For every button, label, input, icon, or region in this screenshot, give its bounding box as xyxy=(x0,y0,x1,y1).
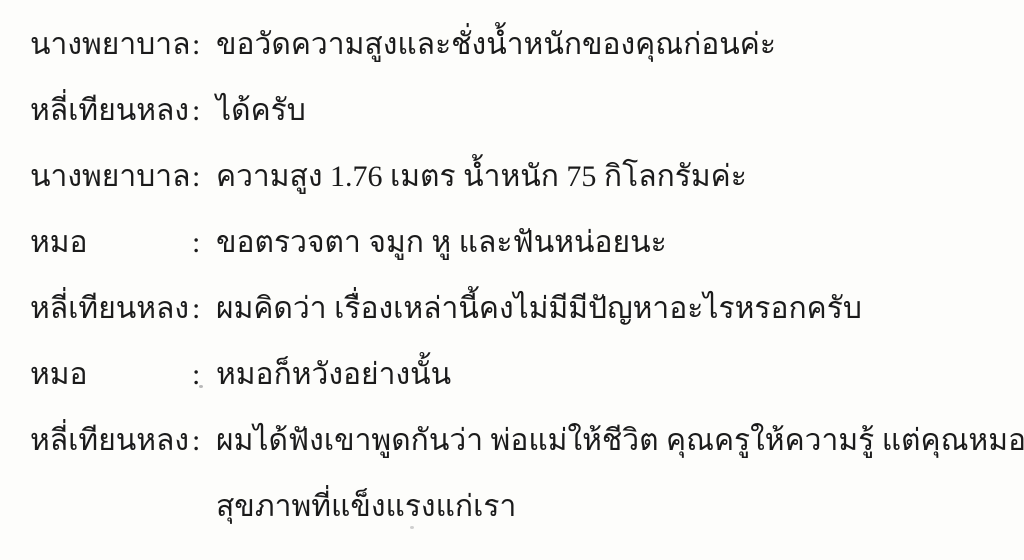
dialogue-text-continuation: สุขภาพที่แข็งแรงแก่เรา xyxy=(216,474,1014,540)
speaker-name: นางพยาบาล xyxy=(30,144,192,210)
dialogue-text-block: ความสูง 1.76 เมตร น้ำหนัก 75 กิโลกรัมค่ะ xyxy=(216,144,1014,210)
colon-separator: : xyxy=(192,408,216,474)
colon-separator: : xyxy=(192,12,216,78)
dialogue-row: หมอ : ขอตรวจตา จมูก หู และฟันหน่อยนะ xyxy=(30,210,1014,276)
speaker-name: นางพยาบาล xyxy=(30,12,192,78)
dialogue-text-block: ผมได้ฟังเขาพูดกันว่า พ่อแม่ให้ชีวิต คุณค… xyxy=(216,408,1014,540)
colon-separator: : xyxy=(192,78,216,144)
speaker-name: หมอ xyxy=(30,210,192,276)
dialogue-row: นางพยาบาล : ความสูง 1.76 เมตร น้ำหนัก 75… xyxy=(30,144,1014,210)
document-page: นางพยาบาล : ขอวัดความสูงและชั่งน้ำหนักขอ… xyxy=(0,0,1024,560)
colon-separator: : xyxy=(192,276,216,342)
colon-separator: : xyxy=(192,342,216,408)
dialogue-text: ผมได้ฟังเขาพูดกันว่า พ่อแม่ให้ชีวิต คุณค… xyxy=(216,408,1014,474)
dialogue-text: ขอตรวจตา จมูก หู และฟันหน่อยนะ xyxy=(216,210,1014,276)
dialogue-text: ได้ครับ xyxy=(216,78,1014,144)
dialogue-row: นางพยาบาล : ขอวัดความสูงและชั่งน้ำหนักขอ… xyxy=(30,12,1014,78)
colon-separator: : xyxy=(192,210,216,276)
dialogue-text: ความสูง 1.76 เมตร น้ำหนัก 75 กิโลกรัมค่ะ xyxy=(216,144,1014,210)
dialogue-text-block: ผมคิดว่า เรื่องเหล่านี้คงไม่มีมีปัญหาอะไ… xyxy=(216,276,1014,342)
speaker-name: หลี่เทียนหลง xyxy=(30,408,192,474)
dialogue-row: หลี่เทียนหลง : ผมได้ฟังเขาพูดกันว่า พ่อแ… xyxy=(30,408,1014,540)
dialogue-text: ขอวัดความสูงและชั่งน้ำหนักของคุณก่อนค่ะ xyxy=(216,12,1014,78)
speaker-name: หลี่เทียนหลง xyxy=(30,276,192,342)
speaker-name: หลี่เทียนหลง xyxy=(30,78,192,144)
dialogue-text-block: ได้ครับ xyxy=(216,78,1014,144)
dialogue-row: หลี่เทียนหลง : ได้ครับ xyxy=(30,78,1014,144)
scan-artifact-dot xyxy=(410,526,414,529)
dialogue-row: หลี่เทียนหลง : ผมคิดว่า เรื่องเหล่านี้คง… xyxy=(30,276,1014,342)
dialogue-text-block: ขอตรวจตา จมูก หู และฟันหน่อยนะ xyxy=(216,210,1014,276)
scan-artifact-dot xyxy=(199,385,203,388)
dialogue-text-block: ขอวัดความสูงและชั่งน้ำหนักของคุณก่อนค่ะ xyxy=(216,12,1014,78)
dialogue-row: หมอ : หมอก็หวังอย่างนั้น xyxy=(30,342,1014,408)
colon-separator: : xyxy=(192,144,216,210)
dialogue-text-block: หมอก็หวังอย่างนั้น xyxy=(216,342,1014,408)
speaker-name: หมอ xyxy=(30,342,192,408)
dialogue-text: หมอก็หวังอย่างนั้น xyxy=(216,342,1014,408)
dialogue-text: ผมคิดว่า เรื่องเหล่านี้คงไม่มีมีปัญหาอะไ… xyxy=(216,276,1014,342)
